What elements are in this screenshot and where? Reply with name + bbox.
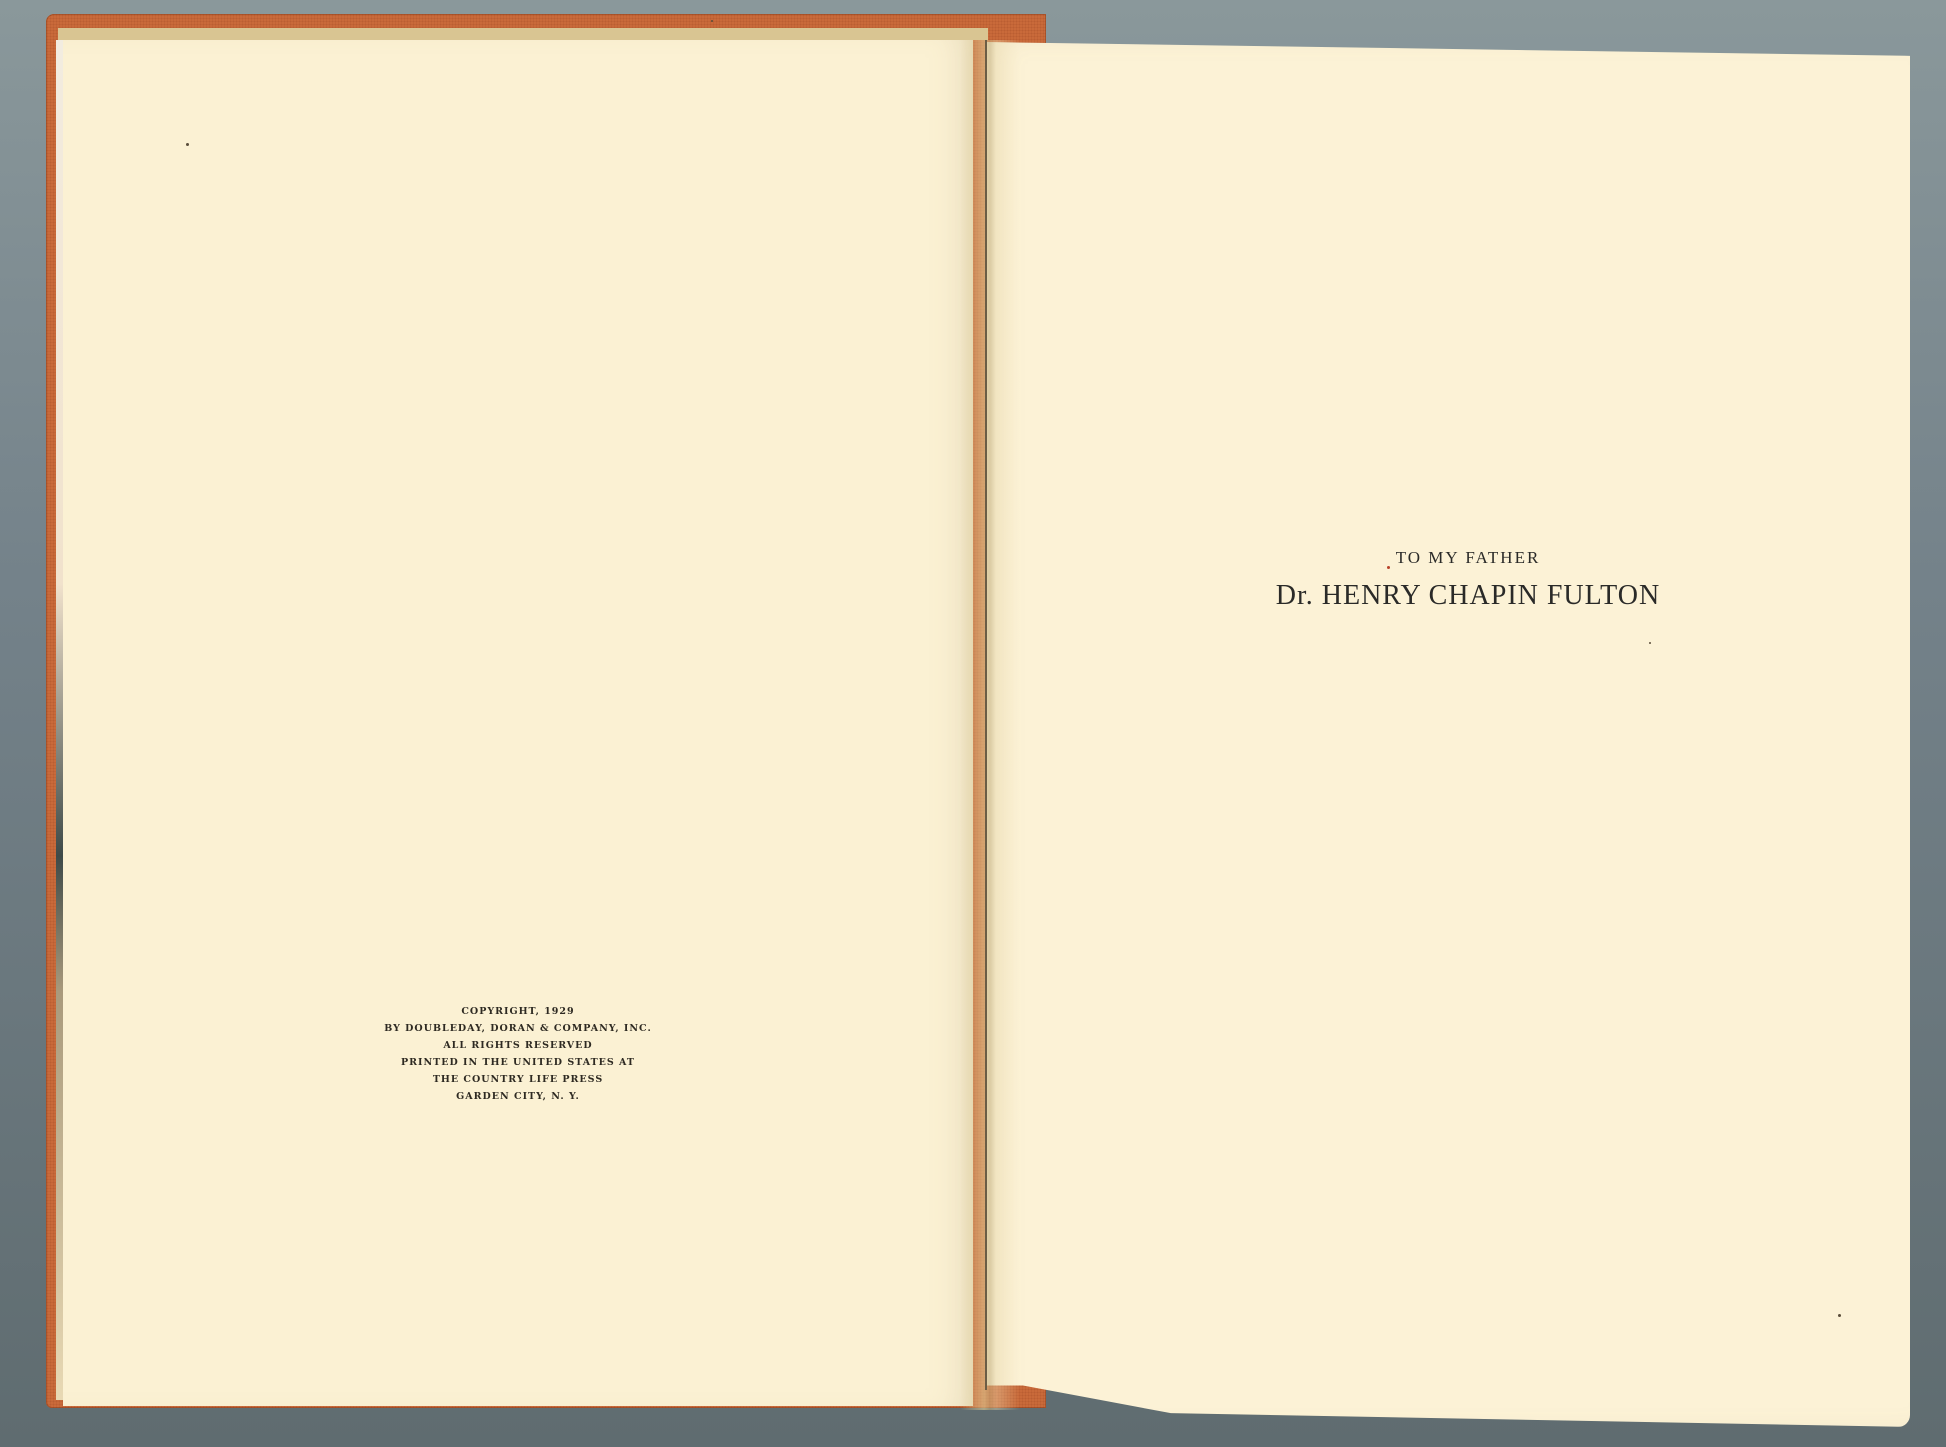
copyright-line: BY DOUBLEDAY, DORAN & COMPANY, INC. bbox=[63, 1020, 973, 1037]
gutter-shadow bbox=[960, 40, 1020, 1410]
book-gutter bbox=[985, 40, 987, 1390]
paper-speck bbox=[1838, 1314, 1841, 1317]
copyright-line: ALL RIGHTS RESERVED bbox=[63, 1037, 973, 1054]
paper-speck bbox=[186, 143, 189, 146]
dedication: TO MY FATHER Dr. HENRY CHAPIN FULTON bbox=[986, 548, 1910, 612]
paper-speck bbox=[1387, 566, 1390, 569]
dedication-name: Dr. HENRY CHAPIN FULTON bbox=[1026, 580, 1910, 612]
paper-speck bbox=[1649, 642, 1651, 644]
paper-speck bbox=[711, 20, 713, 22]
endpaper-edge bbox=[58, 28, 988, 40]
copyright-line: THE COUNTRY LIFE PRESS bbox=[63, 1071, 973, 1088]
dedication-heading: TO MY FATHER bbox=[1026, 548, 1910, 568]
copyright-line: PRINTED IN THE UNITED STATES AT bbox=[63, 1054, 973, 1071]
copyright-line: COPYRIGHT, 1929 bbox=[63, 1003, 973, 1020]
copyright-notice: COPYRIGHT, 1929 BY DOUBLEDAY, DORAN & CO… bbox=[63, 1003, 973, 1105]
right-page bbox=[986, 42, 1910, 1427]
copyright-line: GARDEN CITY, N. Y. bbox=[63, 1088, 973, 1105]
left-page bbox=[63, 40, 973, 1406]
